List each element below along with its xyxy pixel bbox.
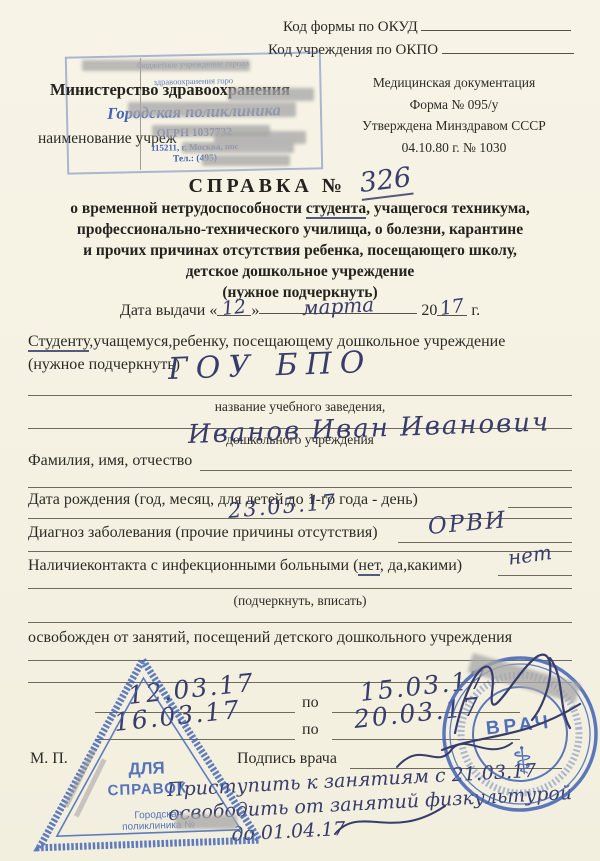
censor-patch — [228, 88, 314, 101]
censor-patch — [182, 142, 294, 153]
contact-handwritten: нет — [506, 540, 553, 570]
institution-name-handwritten: ГОУ БПО — [167, 345, 373, 387]
birth-date-label: Дата рождения (год, месяц, для детей до … — [28, 491, 418, 509]
issue-date-g: г. — [471, 302, 480, 319]
diagnosis-label: Диагноз заболевания (прочие причины отсу… — [28, 524, 378, 542]
contact-part1: Наличиеконтакта с инфекционными больными… — [28, 557, 358, 574]
certificate-number-handwritten: 326 — [358, 162, 413, 201]
issue-date-label: Дата выдачи « — [120, 302, 217, 319]
subtitle-part2: , учащегося техникума, — [366, 200, 530, 217]
contact-label: Наличиеконтакта с инфекционными больными… — [28, 557, 462, 575]
contact-underlined-word: нет — [358, 557, 379, 576]
birth-blank-line — [508, 507, 572, 508]
subtitle-part1: о временной нетрудоспособности — [70, 200, 306, 217]
subtitle-line2: профессионально-технического училища, о … — [77, 221, 523, 238]
censor-patch — [82, 60, 250, 71]
censor-patch — [175, 815, 237, 829]
okud-blank — [421, 14, 571, 31]
okpo-blank — [442, 37, 574, 54]
diagnosis-handwritten: ОРВИ — [427, 507, 508, 540]
certificate-title: СПРАВКА № — [188, 175, 345, 197]
subtitle-underlined-word: студента — [306, 200, 366, 219]
rule-line — [28, 622, 572, 623]
contact-blank-line — [498, 575, 572, 576]
doc-info-block: Медицинская документация Форма № 095/у У… — [328, 72, 580, 158]
issue-date-century: 20 — [421, 302, 437, 319]
censor-patch — [202, 155, 290, 166]
subtitle-paragraph: о временной нетрудоспособности студента,… — [30, 198, 570, 303]
notes-flourish-scribble — [330, 798, 450, 843]
okud-row: Код формы по ОКУД — [283, 14, 571, 36]
doc-info-line3: Утверждена Минздравом СССР — [328, 115, 580, 137]
subtitle-line4: детское дошкольное учреждение — [186, 263, 415, 280]
issue-date-day-handwritten: 12 — [221, 296, 247, 320]
fio-label: Фамилия, имя, отчество — [28, 452, 192, 470]
okud-label: Код формы по ОКУД — [283, 19, 418, 35]
triangle-stamp-text1: ДЛЯ — [128, 758, 165, 778]
recipient-note: (нужное подчеркнуть) — [28, 356, 180, 373]
signature-on-line-scribble — [392, 735, 517, 777]
caption-underline-fill: (подчеркнуть, вписать) — [0, 593, 600, 609]
contact-part2: , да,какими) — [380, 557, 462, 574]
rule-line — [28, 487, 572, 488]
censor-patch — [128, 102, 296, 117]
issue-date-row: Дата выдачи «12»марта 2017 г. — [0, 296, 600, 320]
rule-line — [28, 588, 572, 589]
recipient-underlined-word: Студенту — [28, 333, 89, 352]
issue-date-month-handwritten: марта — [302, 292, 375, 320]
doc-info-line4: 04.10.80 г. № 1030 — [328, 137, 580, 159]
fio-blank-line — [200, 470, 572, 471]
rule-line — [28, 395, 572, 396]
triangle-stamp-text2: СПРАВОК — [107, 780, 187, 800]
issue-date-quote: » — [251, 302, 259, 319]
period1-po-label: по — [302, 694, 319, 712]
period2-po-label: по — [302, 721, 319, 739]
institution-stamp-line2: здравоохранения горо — [67, 73, 319, 88]
issue-date-year-handwritten: 17 — [439, 295, 466, 320]
doc-info-line2: Форма № 095/у — [328, 94, 580, 116]
rule-line — [28, 551, 572, 552]
subtitle-line3: и прочих причинах отсутствия ребенка, по… — [83, 242, 517, 259]
doc-info-line1: Медицинская документация — [328, 72, 580, 94]
certificate-page: Код формы по ОКУД Код учреждения по ОКПО… — [0, 0, 600, 861]
